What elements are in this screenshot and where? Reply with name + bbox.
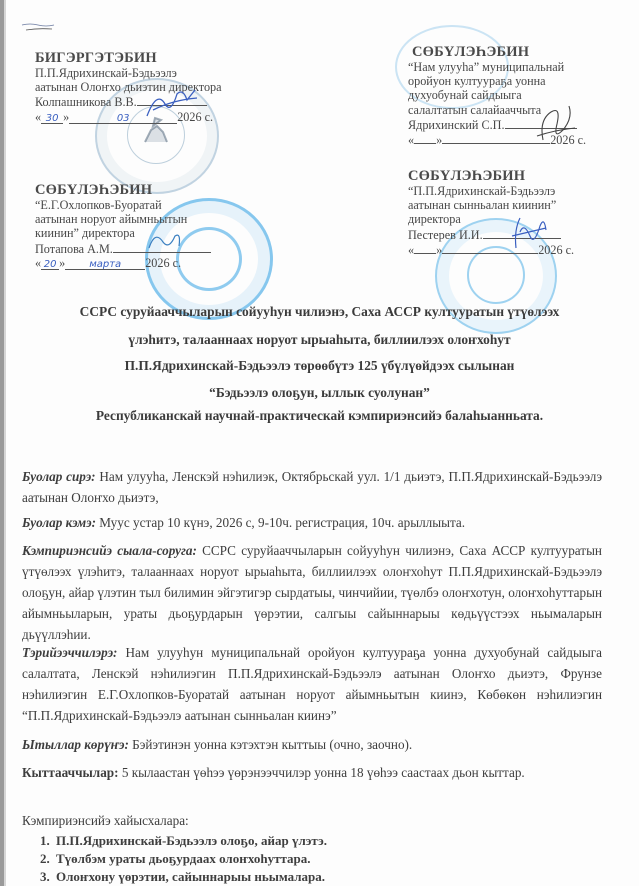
page-edge-shadow (4, 0, 6, 886)
signature-line (505, 117, 577, 129)
approval-line: “П.П.Ядрихинскай-Бэдьээлэ (408, 184, 574, 198)
date-month: 03 (69, 112, 177, 124)
paragraph-place: Буолар сирэ: Нам улууһа, Ленскэй нэһилиэ… (22, 466, 602, 508)
date-year: 2026 с. (550, 133, 586, 147)
approval-line: салалтатын салайааччыта (408, 103, 586, 117)
value-participants: 5 кылаастан үөһээ үөрэнээччилэр уонна 18… (119, 765, 525, 780)
date-month (442, 132, 550, 144)
label-goal: Кэмпириэнсийэ сыала-соруга: (22, 543, 197, 558)
date-year: 2026 с. (177, 110, 213, 124)
approval-title: СӨБҮЛЭҺЭБИН (35, 182, 211, 198)
approval-line: духуобунай сайдыыга (408, 88, 586, 102)
approval-line: “Е.Г.Охлопков-Буоратай (35, 198, 211, 212)
approval-block-top-left: БИГЭРГЭТЭБИН П.П.Ядрихинскай-Бэдьээлэ аа… (35, 50, 222, 124)
approval-line: аатынан Олоҥхо дьиэтин директора (35, 80, 222, 94)
paragraph-format: Ытыллар көрүҥэ: Бэйэтинэн уонна кэтэхтэн… (22, 734, 602, 755)
date-year: 2026 с. (538, 243, 574, 257)
approval-line: директора (408, 212, 574, 226)
label-time: Буолар кэмэ: (22, 515, 96, 530)
approval-block-bottom-right: СӨБҮЛЭҺЭБИН “П.П.Ядрихинскай-Бэдьээлэ аа… (408, 168, 574, 257)
approval-date: «»2026 с. (408, 242, 574, 257)
approval-date: «20»марта2026 с. (35, 256, 211, 270)
date-day: 20 (41, 258, 59, 270)
signature-line (137, 94, 207, 106)
paragraph-organizers: Тэрийээччилэрэ: Нам улууһун муниципальна… (22, 642, 602, 726)
paragraph-participants: Кыттааччылар: 5 кылаастан үөһээ үөрэнээч… (22, 762, 602, 783)
document-heading-line-3: П.П.Ядрихинскай-Бэдьээлэ төрөөбүтэ 125 ү… (0, 358, 639, 374)
signature-line (483, 227, 561, 239)
approval-date: «30»032026 с. (35, 110, 222, 124)
approval-signer: Колпашникова В.В. (35, 94, 222, 109)
sections-heading: Кэмпириэнсийэ хайысхалара: (22, 810, 602, 831)
label-organizers: Тэрийээччилэрэ: (22, 645, 117, 660)
approval-line: П.П.Ядрихинскай-Бэдьээлэ (35, 66, 222, 80)
value-time: Муус устар 10 күнэ, 2026 с, 9-10ч. регис… (96, 515, 465, 530)
list-item: 2.Түөлбэм ураты дьоҕурдаах олоҥхоһуттара… (40, 850, 327, 868)
approval-line: аатынан сынньалан киинин” (408, 198, 574, 212)
approval-block-bottom-left: СӨБҮЛЭҺЭБИН “Е.Г.Охлопков-Буоратай аатын… (35, 182, 211, 270)
handwritten-mark-icon (20, 22, 56, 32)
date-month (442, 242, 538, 254)
approval-line: оройуон култуураҕа уонна (408, 74, 586, 88)
value-place: Нам улууһа, Ленскэй нэһилиэк, Октябрьска… (22, 469, 602, 505)
label-participants: Кыттааччылар: (22, 765, 119, 780)
approval-title: БИГЭРГЭТЭБИН (35, 50, 222, 66)
approval-line: “Нам улууһа” муниципальнай (408, 60, 586, 74)
signature-line (113, 241, 211, 253)
list-item: 1.П.П.Ядрихинскай-Бэдьээлэ олоҕо, айар ү… (40, 832, 327, 850)
list-item: 3.Олоҥхону үөрэтии, сайыннарыы ньымалара… (40, 868, 327, 886)
approval-line: киинин” директора (35, 226, 211, 240)
approval-title: СӨБҮЛЭҺЭБИН (408, 44, 586, 60)
sections-list: 1.П.П.Ядрихинскай-Бэдьээлэ олоҕо, айар ү… (40, 832, 327, 886)
approval-block-top-right: СӨБҮЛЭҺЭБИН “Нам улууһа” муниципальнай о… (408, 44, 586, 147)
paragraph-goal: Кэмпириэнсийэ сыала-соруга: ССРС суруйаа… (22, 540, 602, 645)
value-format: Бэйэтинэн уонна кэтэхтэн кыттыы (очно, з… (129, 737, 412, 752)
document-heading-line-4: “Бэдьээлэ олоҕун, ыллык суолунан” (0, 385, 639, 401)
date-month: марта (65, 258, 145, 270)
document-heading-line-1: ССРС суруйааччыларын сойууһун чилиэнэ, С… (0, 304, 639, 320)
date-day (414, 242, 436, 254)
approval-signer: Потапова А.М. (35, 241, 211, 256)
document-heading-line-5: Республиканскай научнай-практическай кэм… (0, 408, 639, 424)
document-heading-line-2: үлэһитэ, талааннаах норуот ырыаһыта, бил… (0, 332, 639, 348)
approval-line: аатынан норуот айымньытын (35, 212, 211, 226)
label-place: Буолар сирэ: (22, 469, 96, 484)
label-sections: Кэмпириэнсийэ хайысхалара: (22, 813, 189, 828)
approval-title: СӨБҮЛЭҺЭБИН (408, 168, 574, 184)
date-year: 2026 с. (145, 256, 181, 270)
paragraph-time: Буолар кэмэ: Муус устар 10 күнэ, 2026 с,… (22, 512, 602, 533)
approval-signer: Пестерев И.И. (408, 227, 574, 242)
approval-signer: Ядрихинский С.П. (408, 117, 586, 132)
date-day (414, 132, 436, 144)
label-format: Ытыллар көрүҥэ: (22, 737, 129, 752)
approval-date: «»2026 с. (408, 132, 586, 147)
date-day: 30 (41, 112, 63, 124)
